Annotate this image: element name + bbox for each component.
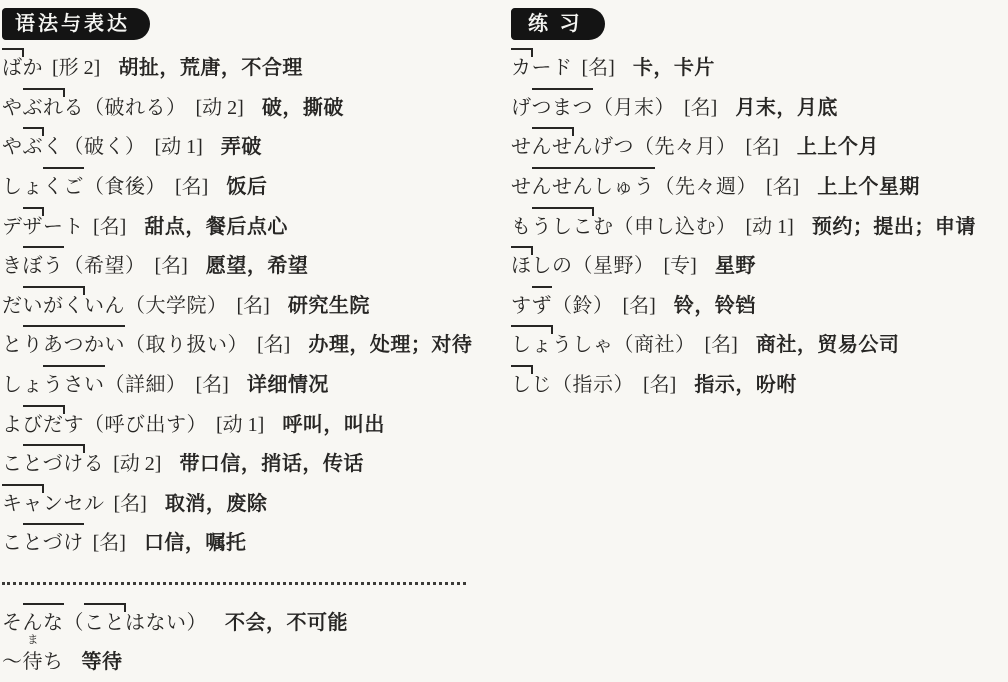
pos-tag: [名]: [155, 249, 188, 278]
pos-tag: [形 2]: [52, 51, 100, 80]
word-segment: キャ: [2, 487, 43, 516]
pos-tag: [名]: [643, 368, 676, 397]
vocab-entry: せんせんしゅう（先々週）[名]上上个星期: [511, 165, 1008, 205]
vocab-word: よびだす（呼び出す）: [2, 408, 207, 437]
word-segment: ぶれ: [23, 91, 64, 120]
word-segment: そ: [2, 606, 23, 635]
vocab-entry: そんな（ことはない）不会，不可能: [2, 600, 508, 640]
vocab-entry: すず（鈴）[名]铃，铃铛: [511, 284, 1008, 324]
pos-tag: [名]: [175, 170, 208, 199]
word-segment: デ: [2, 210, 23, 239]
furigana: ま: [27, 631, 38, 647]
vocab-entry: ことづけ[名]口信，嘱托: [2, 521, 508, 561]
pos-tag: [名]: [746, 130, 779, 159]
word-segment: じ: [532, 368, 553, 397]
vocab-entry: よびだす（呼び出す）[动 1]呼叫，叫出: [2, 402, 508, 442]
vocab-word: ばか: [2, 51, 43, 80]
word-segment: む: [593, 210, 614, 239]
vocab-word: しじ（指示）: [511, 368, 634, 397]
pos-tag: [名]: [684, 91, 717, 120]
vocab-entry: だいがくいん（大学院）[名]研究生院: [2, 284, 508, 324]
meaning-text: 弄破: [221, 130, 262, 159]
pos-tag: [名]: [93, 526, 126, 555]
vocab-word: デザート: [2, 210, 84, 239]
word-segment: しょ: [2, 170, 43, 199]
vocab-word: しょうさい（詳細）: [2, 368, 187, 397]
word-segment: だ: [2, 289, 23, 318]
word-segment: （申し込む）: [614, 210, 737, 239]
vocab-word: とりあつかい（取り扱い）: [2, 328, 248, 357]
word-segment: こと: [84, 606, 125, 635]
vocab-entry: やぶれる（破れる）[动 2]破，撕破: [2, 86, 508, 126]
section-header-grammar-label: 语法与表达: [15, 13, 130, 35]
word-segment: か: [23, 51, 44, 80]
vocab-word: キャンセル: [2, 487, 105, 516]
vocab-entry: せんせんげつ（先々月）[名]上上个月: [511, 125, 1008, 165]
word-segment: ード: [532, 51, 573, 80]
word-segment: せ: [511, 170, 532, 199]
meaning-text: 呼叫，叫出: [282, 408, 385, 437]
pos-tag: [名]: [582, 51, 615, 80]
word-segment: ンセル: [43, 487, 105, 516]
meaning-text: 上上个月: [797, 130, 879, 159]
word-segment: びだ: [23, 408, 64, 437]
section-header-practice: 练 习: [511, 8, 605, 40]
meaning-text: 愿望，希望: [206, 249, 309, 278]
pos-tag: [名]: [114, 487, 147, 516]
section-header-practice-label: 练 习: [528, 13, 583, 35]
vocab-word: せんせんげつ（先々月）: [511, 130, 737, 159]
vocab-word: カード: [511, 51, 573, 80]
word-segment: （破れる）: [84, 91, 187, 120]
word-segment: いがく: [23, 289, 85, 318]
word-segment: うさい: [43, 368, 105, 397]
word-segment: （商社）: [614, 328, 696, 357]
vocab-entry: しょうさい（詳細）[名]详细情况: [2, 363, 508, 403]
vocab-entry: しょうしゃ（商社）[名]商社，贸易公司: [511, 323, 1008, 363]
word-segment: （破く）: [64, 130, 146, 159]
word-segment: や: [2, 130, 23, 159]
vocab-word: せんせんしゅう（先々週）: [511, 170, 757, 199]
word-segment: よ: [2, 408, 23, 437]
word-segment: せ: [511, 130, 532, 159]
word-segment: く: [43, 130, 64, 159]
vocab-entry: ことづける[动 2]带口信，捎话，传话: [2, 442, 508, 482]
vocab-entry: しじ（指示）[名]指示，吩咐: [511, 363, 1008, 403]
vocab-word: だいがくいん（大学院）: [2, 289, 228, 318]
meaning-text: 预约；提出；申请: [812, 210, 976, 239]
vocab-word: ほしの（星野）: [511, 249, 655, 278]
word-segment: き: [2, 249, 23, 278]
pos-tag: [名]: [257, 328, 290, 357]
word-segment: （星野）: [573, 249, 655, 278]
meaning-text: 上上个星期: [817, 170, 920, 199]
word-segment: うしゃ: [552, 328, 614, 357]
meaning-text: 胡扯，荒唐，不合理: [118, 51, 303, 80]
word-segment: んげつ: [573, 130, 635, 159]
meaning-text: 等待: [82, 645, 123, 674]
pos-tag: [名]: [766, 170, 799, 199]
grammar-section: 语法与表达 ばか[形 2]胡扯，荒唐，不合理やぶれる（破れる）[动 2]破，撕破…: [2, 8, 508, 680]
vocab-entry: やぶく（破く）[动 1]弄破: [2, 125, 508, 165]
word-segment: 待ま: [23, 645, 44, 674]
word-segment: し: [511, 368, 532, 397]
vocab-entry: きぼう（希望）[名]愿望，希望: [2, 244, 508, 284]
word-segment: しの: [532, 249, 573, 278]
word-segment: うしこ: [532, 210, 594, 239]
word-segment: と: [2, 328, 23, 357]
vocab-word: やぶく（破く）: [2, 130, 146, 159]
word-segment: （詳細）: [105, 368, 187, 397]
section-header-grammar: 语法与表达: [2, 8, 150, 40]
meaning-text: 卡，卡片: [633, 51, 715, 80]
word-segment: くご: [43, 170, 84, 199]
meaning-text: 饭后: [226, 170, 267, 199]
word-segment: んせ: [532, 130, 573, 159]
word-segment: しょ: [2, 368, 43, 397]
word-segment: こ: [2, 447, 23, 476]
pos-tag: [动 1]: [746, 210, 794, 239]
vocab-entry: もうしこむ（申し込む）[动 1]预约；提出；申请: [511, 204, 1008, 244]
word-segment: （先々月）: [634, 130, 737, 159]
word-segment: （食後）: [84, 170, 166, 199]
word-segment: んせんしゅう: [532, 170, 655, 199]
meaning-text: 商社，贸易公司: [756, 328, 900, 357]
word-segment: （呼び出す）: [84, 408, 207, 437]
word-segment: とづけ: [23, 526, 84, 555]
practice-section: 练 习 カード[名]卡，卡片げつまつ（月末）[名]月末，月底せんせんげつ（先々月…: [511, 8, 1008, 402]
word-segment: （取り扱い）: [125, 328, 248, 357]
word-segment: ず: [532, 289, 553, 318]
word-segment: げ: [511, 91, 532, 120]
meaning-text: 办理，处理；对待: [308, 328, 472, 357]
word-segment: とづけ: [23, 447, 84, 476]
pos-tag: [动 2]: [113, 447, 161, 476]
pos-tag: [名]: [705, 328, 738, 357]
pos-tag: [名]: [196, 368, 229, 397]
meaning-text: 研究生院: [288, 289, 370, 318]
vocab-word: きぼう（希望）: [2, 249, 146, 278]
vocab-entry: とりあつかい（取り扱い）[名]办理，处理；对待: [2, 323, 508, 363]
meaning-text: 指示，吩咐: [694, 368, 797, 397]
word-segment: （指示）: [552, 368, 634, 397]
pos-tag: [名]: [623, 289, 656, 318]
word-segment: いん: [84, 289, 125, 318]
vocab-entry: ほしの（星野）[专]星野: [511, 244, 1008, 284]
vocab-word: しょうしゃ（商社）: [511, 328, 696, 357]
word-segment: ート: [43, 210, 84, 239]
meaning-text: 不会，不可能: [225, 606, 348, 635]
pos-tag: [动 2]: [196, 91, 244, 120]
vocab-entry: ～待まち等待: [2, 640, 508, 680]
meaning-text: 铃，铃铛: [674, 289, 756, 318]
vocab-word: ～待まち: [2, 645, 64, 674]
meaning-text: 详细情况: [247, 368, 329, 397]
meaning-text: 星野: [715, 249, 756, 278]
meaning-text: 口信，嘱托: [144, 526, 247, 555]
word-segment: る: [84, 447, 105, 476]
vocab-entry: キャンセル[名]取消，废除: [2, 482, 508, 522]
vocab-word: やぶれる（破れる）: [2, 91, 187, 120]
vocab-entry: デザート[名]甜点，餐后点心: [2, 204, 508, 244]
dotted-separator: [2, 561, 508, 601]
word-segment: カ: [511, 51, 532, 80]
word-segment: つまつ: [532, 91, 594, 120]
vocab-entry: ばか[形 2]胡扯，荒唐，不合理: [2, 46, 508, 86]
word-segment: はない）: [125, 606, 207, 635]
word-segment: ザ: [23, 210, 44, 239]
word-segment: も: [511, 210, 532, 239]
word-segment: しょ: [511, 328, 552, 357]
meaning-text: 带口信，捎话，传话: [179, 447, 364, 476]
pos-tag: [名]: [93, 210, 126, 239]
vocab-word: ことづけ: [2, 526, 84, 555]
word-segment: や: [2, 91, 23, 120]
grammar-vocab-list: ばか[形 2]胡扯，荒唐，不合理やぶれる（破れる）[动 2]破，撕破やぶく（破く…: [2, 46, 508, 680]
word-segment: （: [64, 606, 85, 635]
meaning-text: 月末，月底: [735, 91, 838, 120]
vocab-word: げつまつ（月末）: [511, 91, 675, 120]
word-segment: りあつかい: [23, 328, 126, 357]
word-segment: ば: [2, 51, 23, 80]
textbook-page: 语法与表达 ばか[形 2]胡扯，荒唐，不合理やぶれる（破れる）[动 2]破，撕破…: [0, 0, 1008, 682]
vocab-entry: しょくご（食後）[名]饭后: [2, 165, 508, 205]
pos-tag: [名]: [237, 289, 270, 318]
vocab-word: もうしこむ（申し込む）: [511, 210, 737, 239]
pos-tag: [动 1]: [216, 408, 264, 437]
word-segment: （月末）: [593, 91, 675, 120]
word-segment: ぼう: [23, 249, 64, 278]
vocab-word: しょくご（食後）: [2, 170, 166, 199]
word-segment: す: [511, 289, 532, 318]
word-segment: る: [64, 91, 85, 120]
word-segment: す: [64, 408, 85, 437]
word-segment: ぶ: [23, 130, 44, 159]
vocab-entry: カード[名]卡，卡片: [511, 46, 1008, 86]
meaning-text: 取消，废除: [165, 487, 268, 516]
practice-vocab-list: カード[名]卡，卡片げつまつ（月末）[名]月末，月底せんせんげつ（先々月）[名]…: [511, 46, 1008, 402]
word-segment: こ: [2, 526, 23, 555]
word-segment: （鈴）: [552, 289, 614, 318]
word-segment: ち: [43, 645, 64, 674]
pos-tag: [专]: [664, 249, 697, 278]
vocab-word: すず（鈴）: [511, 289, 614, 318]
word-segment: ほ: [511, 249, 532, 278]
word-segment: （大学院）: [125, 289, 228, 318]
vocab-word: ことづける: [2, 447, 104, 476]
word-segment: （先々週）: [655, 170, 758, 199]
vocab-entry: げつまつ（月末）[名]月末，月底: [511, 86, 1008, 126]
pos-tag: [动 1]: [155, 130, 203, 159]
meaning-text: 破，撕破: [262, 91, 344, 120]
meaning-text: 甜点，餐后点心: [144, 210, 288, 239]
word-segment: （希望）: [64, 249, 146, 278]
word-segment: ～: [2, 645, 23, 674]
